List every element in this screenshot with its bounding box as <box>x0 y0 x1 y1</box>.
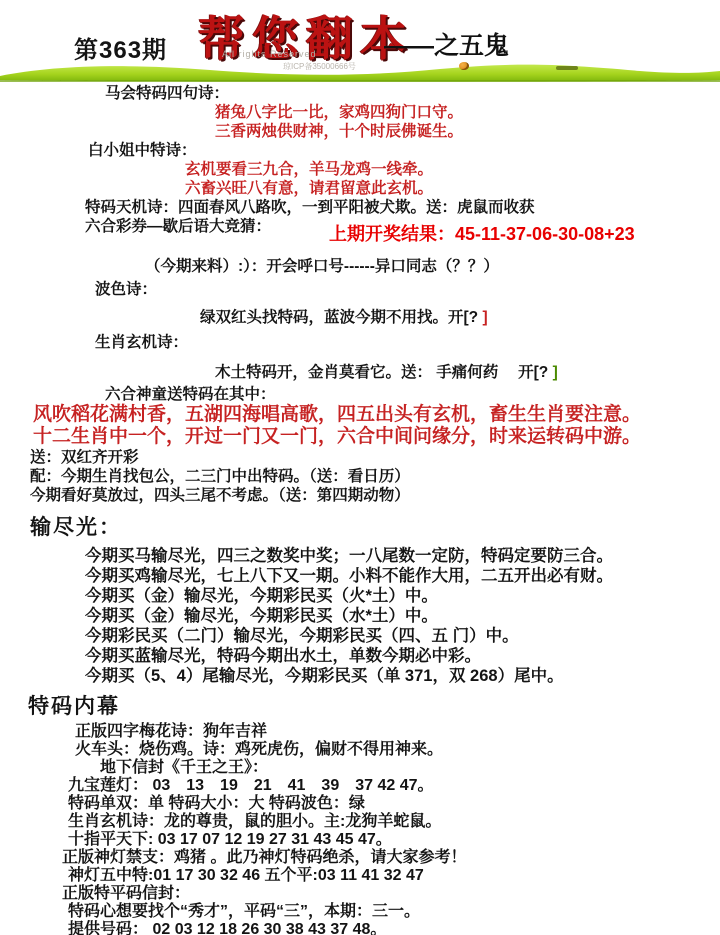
text-segment: 木土特码开，金肖莫看它。送： 手痛何药 开[? <box>215 364 553 381</box>
text-line: 特码心想要找个“秀才”，平码“三”，本期：三一。 <box>68 903 720 921</box>
text-segment: 马会特码四句诗： <box>105 85 229 102</box>
brand-subtitle-text: 之五鬼 <box>434 32 509 60</box>
text-segment: 特码心想要找个“秀才”，平码“三”，本期：三一。 <box>68 903 420 920</box>
text-segment: 绿双红头找特码，蓝波今期不用找。开[? <box>200 309 482 326</box>
text-segment: 今期买蓝输尽光，特码今期出水土，单数今期必中彩。 <box>85 647 481 665</box>
text-line: 提供号码： 02 03 12 18 26 30 38 43 37 48。 <box>68 921 720 935</box>
text-line: 九宝莲灯： 03 13 19 21 41 39 37 42 47。 <box>68 777 720 795</box>
text-line: 生肖玄机诗： <box>95 333 720 352</box>
text-line: 十二生肖中一个，开过一门又一门，六合中间问缘分，时来运转码中游。 <box>33 426 720 448</box>
text-segment: 送：双红齐开彩 <box>30 449 139 466</box>
grass-smudge <box>556 66 578 70</box>
text-segment: 提供号码： 02 03 12 18 26 30 38 43 37 48。 <box>68 921 386 935</box>
text-line: 绿双红头找特码，蓝波今期不用找。开[? ] <box>200 308 720 327</box>
text-segment: 十二生肖中一个，开过一门又一门，六合中间问缘分，时来运转码中游。 <box>33 426 641 447</box>
text-segment: 特码单双：单 特码大小：大 特码波色：绿 <box>68 795 365 812</box>
text-segment: 今期买（金）输尽光，今期彩民买（水*土）中。 <box>85 607 438 625</box>
text-line: 地下信封《千王之王》： <box>100 759 720 777</box>
text-segment: 今期买（5、4）尾输尽光，今期彩民买（单 371，双 268）尾中。 <box>85 667 564 685</box>
text-line: 火车头：烧伤鸡。诗：鸡死虎伤，偏财不得用神来。 <box>75 741 720 759</box>
text-segment: 波色诗： <box>95 281 157 298</box>
text-line: 六畜兴旺八有意，请君留意此玄机。 <box>185 179 720 198</box>
text-segment: ] <box>482 309 487 326</box>
text-segment: 今期看好莫放过，四头三尾不考虑。（送：第四期动物） <box>30 487 410 504</box>
ladybug-icon <box>459 62 469 70</box>
text-line: 猪兔八字比一比，家鸡四狗门口守。 <box>215 103 720 122</box>
text-segment: 配：今期生肖找包公，二三门中出特码。（送：看日历） <box>30 468 410 485</box>
watermark-copyright: All rights Reserved <box>222 49 317 59</box>
text-segment: 神灯五中特:01 17 30 32 46 五个平:03 11 41 32 47 <box>68 867 424 884</box>
text-line: （今期来料）:）：开会呼口号------异口同志（？？） <box>145 257 720 276</box>
text-line: 特码内幕 <box>28 694 720 720</box>
text-segment: 正版特平码信封： <box>62 885 190 902</box>
text-segment: 正版神灯禁支：鸡猪 。此乃神灯特码绝杀，请大家参考！ <box>62 849 466 866</box>
brand-subtitle: ——之五鬼 <box>384 26 509 62</box>
text-segment: 六合神童送特码在其中： <box>105 386 276 403</box>
text-line: 木土特码开，金肖莫看它。送： 手痛何药 开[? ] <box>215 363 720 382</box>
text-segment: 白小姐中特诗： <box>88 142 197 159</box>
text-segment: 六合彩券—歇后语大竞猜： <box>85 218 271 235</box>
text-line: 风吹稻花满村香，五湖四海唱高歌，四五出头有玄机，畜生生肖要注意。 <box>33 404 720 426</box>
text-segment: ] <box>553 364 558 381</box>
text-segment: 输尽光： <box>30 516 122 539</box>
content-lines: 马会特码四句诗：猪兔八字比一比，家鸡四狗门口守。三香两烛供财神，十个时辰佛诞生。… <box>0 84 720 935</box>
text-line: 白小姐中特诗： <box>88 141 720 160</box>
text-segment: 生肖玄机诗： <box>95 334 188 351</box>
text-segment: 六畜兴旺八有意，请君留意此玄机。 <box>185 180 433 197</box>
text-segment: 特码天机诗：四面春风八路吹，一到平阳被犬欺。送：虎鼠而收获 <box>85 199 535 216</box>
text-line: 正版神灯禁支：鸡猪 。此乃神灯特码绝杀，请大家参考！ <box>62 849 720 867</box>
text-line: 今期买（5、4）尾输尽光，今期彩民买（单 371，双 268）尾中。 <box>85 666 720 686</box>
text-segment: 今期买马输尽光，四三之数奖中奖；一八尾数一定防，特码定要防三合。 <box>85 547 613 565</box>
text-line: 输尽光： <box>30 515 720 541</box>
text-segment: 今期彩民买（二门）输尽光，今期彩民买（四、五 门）中。 <box>85 627 519 645</box>
text-segment: 特码内幕 <box>28 695 120 718</box>
text-segment: （今期来料）:）：开会呼口号------异口同志（？？） <box>145 258 499 275</box>
text-line: 正版特平码信封： <box>62 885 720 903</box>
text-segment: 十指平天下: 03 17 07 12 19 27 31 43 45 47。 <box>68 831 392 848</box>
tip-sheet-page: 第363期 帮您翻本 ——之五鬼 All rights Reserved 琼IC… <box>0 0 720 935</box>
text-line: 特码单双：单 特码大小：大 特码波色：绿 <box>68 795 720 813</box>
text-line: 今期买蓝输尽光，特码今期出水土，单数今期必中彩。 <box>85 646 720 666</box>
text-line: 三香两烛供财神，十个时辰佛诞生。 <box>215 122 720 141</box>
text-line: 波色诗： <box>95 280 720 299</box>
text-line: 十指平天下: 03 17 07 12 19 27 31 43 45 47。 <box>68 831 720 849</box>
text-segment: 今期买鸡输尽光，七上八下又一期。小料不能作大用，二五开出必有财。 <box>85 567 613 585</box>
text-segment: 九宝莲灯： 03 13 19 21 41 39 37 42 47。 <box>68 777 434 794</box>
text-segment: 玄机要看三九合，羊马龙鸡一线牵。 <box>185 161 433 178</box>
text-segment: 火车头：烧伤鸡。诗：鸡死虎伤，偏财不得用神来。 <box>75 741 443 758</box>
text-line: 生肖玄机诗：龙的尊贵，鼠的胆小。主:龙狗羊蛇鼠。 <box>68 813 720 831</box>
text-segment: 正版四字梅花诗：狗年吉祥 <box>75 723 267 740</box>
issue-number: 第363期 <box>74 30 167 65</box>
text-segment: 三香两烛供财神，十个时辰佛诞生。 <box>215 123 463 140</box>
text-line: 送：双红齐开彩 <box>30 448 720 467</box>
grass-divider <box>0 61 720 83</box>
text-segment: 生肖玄机诗：龙的尊贵，鼠的胆小。主:龙狗羊蛇鼠。 <box>68 813 441 830</box>
text-line: 今期看好莫放过，四头三尾不考虑。（送：第四期动物） <box>30 486 720 505</box>
text-segment: 猪兔八字比一比，家鸡四狗门口守。 <box>215 104 463 121</box>
text-line: 特码天机诗：四面春风八路吹，一到平阳被犬欺。送：虎鼠而收获 <box>85 198 720 217</box>
text-segment: 今期买（金）输尽光，今期彩民买（火*土）中。 <box>85 587 438 605</box>
text-line: 今期买（金）输尽光，今期彩民买（火*土）中。 <box>85 586 720 606</box>
text-segment: 地下信封《千王之王》： <box>100 759 268 776</box>
text-line: 六合彩券—歇后语大竞猜： <box>85 217 720 236</box>
text-line: 今期买（金）输尽光，今期彩民买（水*土）中。 <box>85 606 720 626</box>
text-line: 玄机要看三九合，羊马龙鸡一线牵。 <box>185 160 720 179</box>
text-line: 神灯五中特:01 17 30 32 46 五个平:03 11 41 32 47 <box>68 867 720 885</box>
text-segment: 风吹稻花满村香，五湖四海唱高歌，四五出头有玄机，畜生生肖要注意。 <box>33 404 641 425</box>
text-line: 马会特码四句诗： <box>105 84 720 103</box>
text-line: 配：今期生肖找包公，二三门中出特码。（送：看日历） <box>30 467 720 486</box>
text-line: 今期买马输尽光，四三之数奖中奖；一八尾数一定防，特码定要防三合。 <box>85 546 720 566</box>
text-line: 今期买鸡输尽光，七上八下又一期。小料不能作大用，二五开出必有财。 <box>85 566 720 586</box>
text-line: 正版四字梅花诗：狗年吉祥 <box>75 723 720 741</box>
brand-dash: —— <box>384 32 434 60</box>
text-line: 今期彩民买（二门）输尽光，今期彩民买（四、五 门）中。 <box>85 626 720 646</box>
text-line: 六合神童送特码在其中： <box>105 385 720 404</box>
